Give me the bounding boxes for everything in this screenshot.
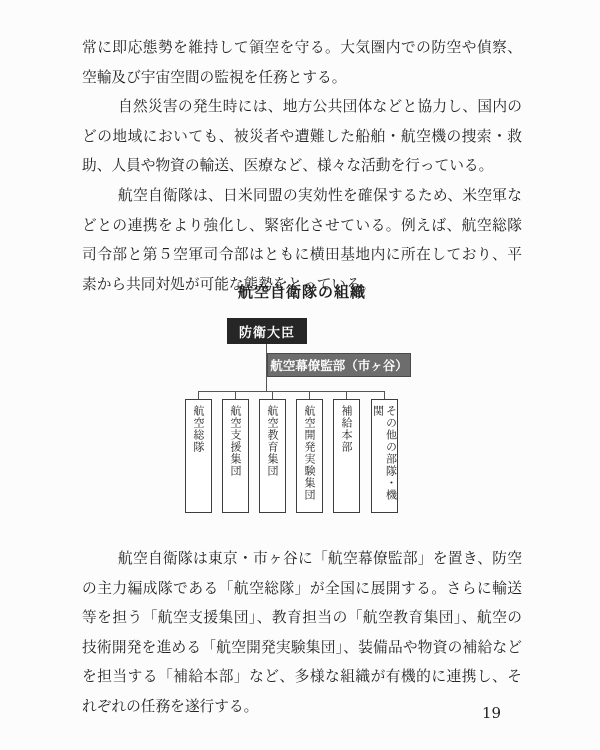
- org-box-other-units: その他の部隊・機関: [371, 399, 398, 513]
- connector-stub-6: [384, 391, 385, 399]
- connector-stub-1: [198, 391, 199, 399]
- connector-horizontal-line: [198, 391, 385, 392]
- org-box-defense-minister: 防衛大臣: [227, 318, 307, 344]
- org-box-air-training-command: 航空教育集団: [259, 399, 286, 513]
- unit-label: 航空開発実験集団: [303, 405, 316, 512]
- paragraph-disaster-relief: 自然災害の発生時には、地方公共団体などと協力し、国内のどの地域においても、被災者…: [82, 92, 522, 181]
- connector-stub-3: [272, 391, 273, 399]
- connector-stub-5: [346, 391, 347, 399]
- book-page: 常に即応態勢を維持して領空を守る。大気圏内での防空や偵察、空輸及び宇宙空間の監視…: [0, 0, 600, 750]
- paragraph-organization-summary: 航空自衛隊は東京・市ヶ谷に「航空幕僚監部」を置き、防空の主力編成隊である「航空総…: [82, 544, 522, 722]
- org-box-air-staff-office: 航空幕僚監部（市ヶ谷）: [267, 353, 411, 377]
- org-box-air-defense-command: 航空総隊: [185, 399, 212, 513]
- connector-stub-2: [235, 391, 236, 399]
- unit-label: 航空支援集団: [229, 405, 242, 512]
- connector-stub-4: [309, 391, 310, 399]
- unit-label: 補給本部: [340, 405, 353, 512]
- page-number: 19: [482, 704, 501, 722]
- paragraph-continuation: 常に即応態勢を維持して領空を守る。大気圏内での防空や偵察、空輸及び宇宙空間の監視…: [82, 33, 522, 92]
- unit-label: 航空教育集団: [266, 405, 279, 512]
- diagram-title: 航空自衛隊の組織: [82, 281, 522, 302]
- unit-label: 航空総隊: [192, 405, 205, 512]
- bottom-text-block: 航空自衛隊は東京・市ヶ谷に「航空幕僚監部」を置き、防空の主力編成隊である「航空総…: [82, 544, 522, 722]
- org-chart: 防衛大臣 航空幕僚監部（市ヶ谷） 航空総隊 航空支援集団 航空教育集団 航空開発…: [0, 315, 600, 520]
- unit-label: その他の部隊・機関: [372, 405, 398, 512]
- org-box-air-development-test-command: 航空開発実験集団: [296, 399, 323, 513]
- org-box-air-materiel-command: 補給本部: [333, 399, 360, 513]
- top-text-block: 常に即応態勢を維持して領空を守る。大気圏内での防空や偵察、空輸及び宇宙空間の監視…: [82, 33, 522, 299]
- org-box-air-support-command: 航空支援集団: [222, 399, 249, 513]
